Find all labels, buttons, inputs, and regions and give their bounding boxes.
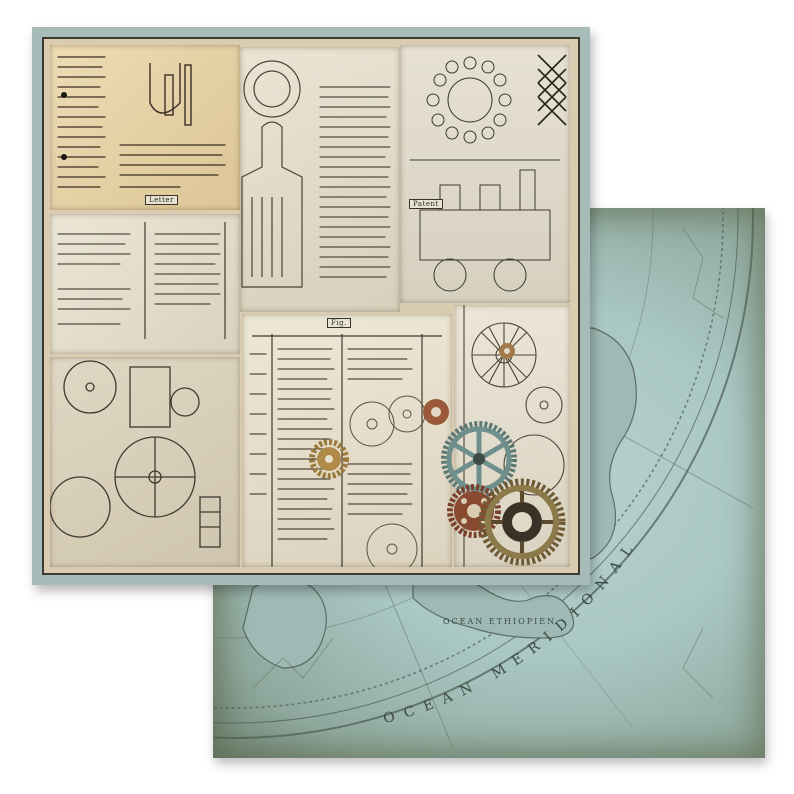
brass-flywheel-icon (499, 343, 515, 359)
collage-paper-front-side: Letter (32, 27, 590, 585)
large-brass-gear-icon (482, 482, 562, 562)
metal-gears-overlay (44, 39, 580, 575)
map-label-ocean-ethiopien: OCEAN ETHIOPIEN (443, 617, 556, 626)
collage-frame: Letter (42, 37, 580, 575)
small-brass-gear-icon (312, 442, 346, 476)
teal-gear-icon (444, 424, 514, 494)
copper-washer-icon (423, 399, 449, 425)
panel-tag: Patent (409, 199, 443, 209)
